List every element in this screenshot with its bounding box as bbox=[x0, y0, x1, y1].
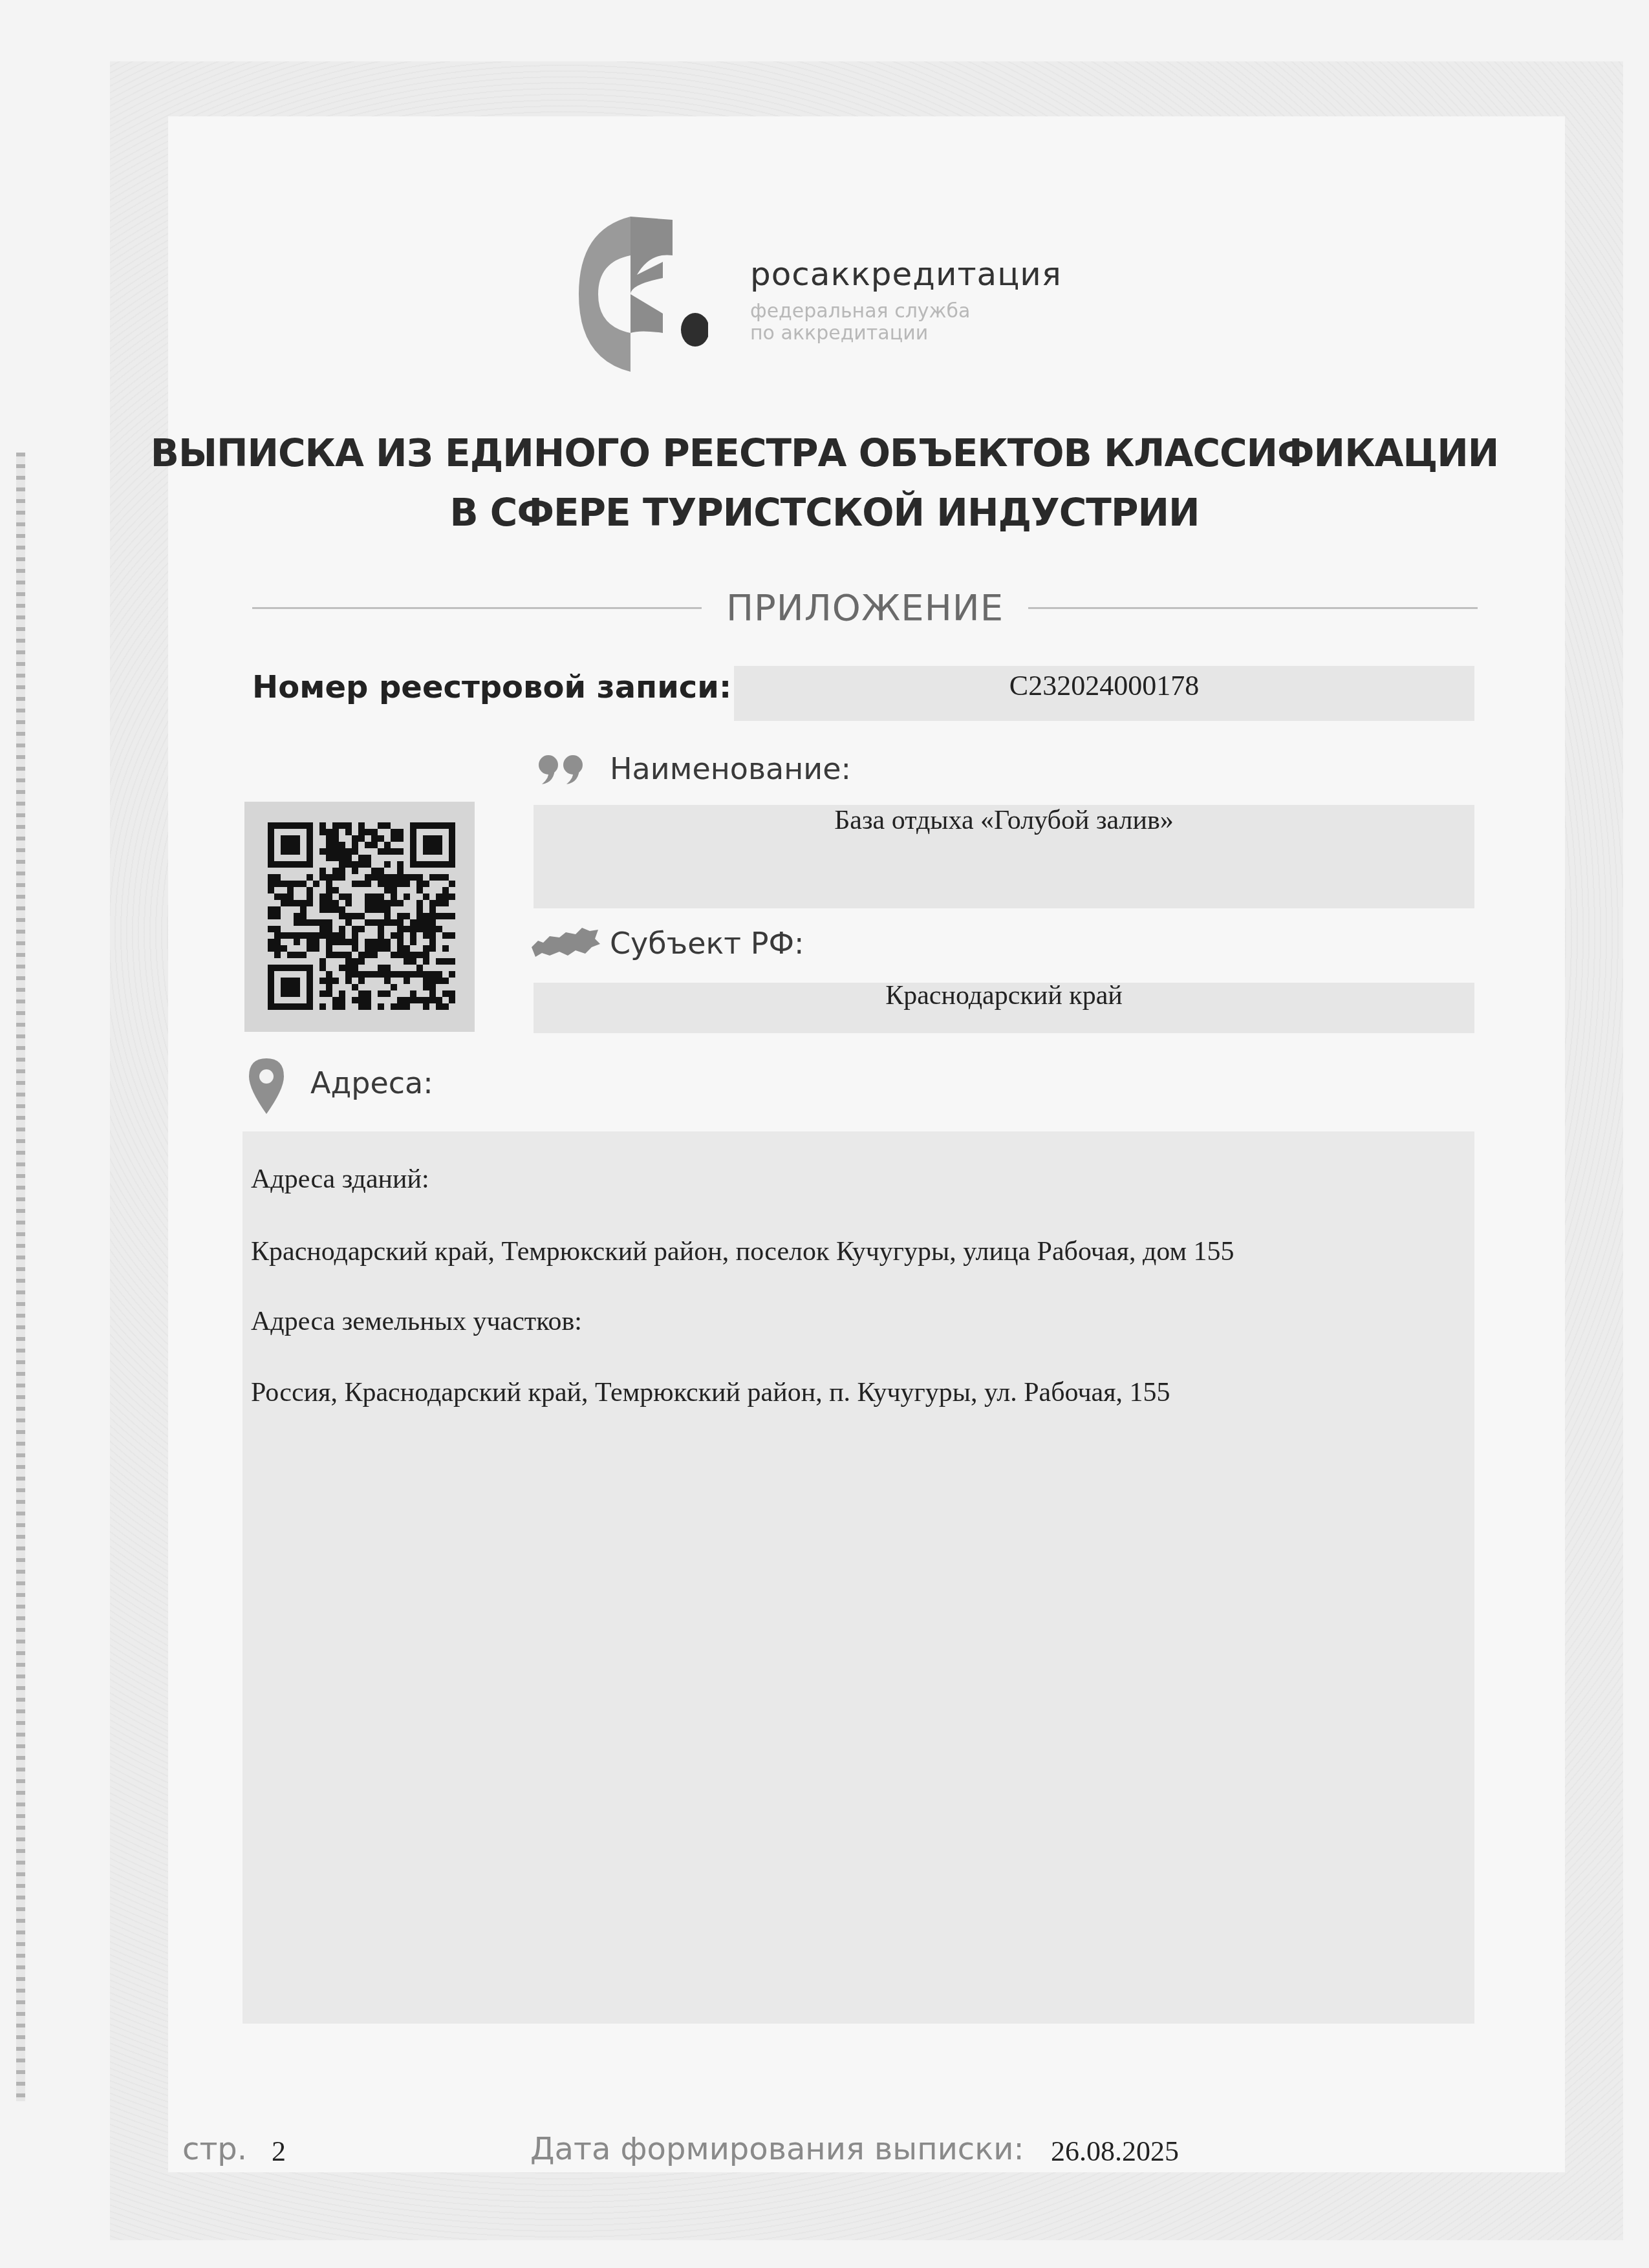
registry-number-label: Номер реестровой записи: bbox=[252, 669, 731, 705]
section-title: ПРИЛОЖЕНИЕ bbox=[702, 587, 1028, 629]
russia-map-icon bbox=[530, 925, 601, 960]
document-title: ВЫПИСКА ИЗ ЕДИНОГО РЕЕСТРА ОБЪЕКТОВ КЛАС… bbox=[0, 423, 1649, 542]
logo-subtitle-line1: федеральная служба bbox=[750, 301, 971, 323]
location-pin-icon bbox=[248, 1057, 285, 1115]
quote-icon bbox=[537, 753, 588, 786]
logo-subtitle: федеральная служба по аккредитации bbox=[750, 301, 971, 345]
qr-code bbox=[244, 802, 475, 1032]
divider-left bbox=[252, 607, 702, 609]
registry-number-value: C232024000178 bbox=[734, 669, 1474, 702]
rosaccreditation-logo-icon bbox=[579, 217, 708, 372]
date-value: 26.08.2025 bbox=[1051, 2135, 1179, 2168]
addresses-label: Адреса: bbox=[310, 1065, 433, 1100]
page-label: стр. bbox=[182, 2131, 247, 2167]
scan-edge-artifact bbox=[16, 453, 25, 2101]
subject-label: Субъект РФ: bbox=[610, 926, 804, 961]
divider-right bbox=[1028, 607, 1478, 609]
buildings-address: Краснодарский край, Темрюкский район, по… bbox=[251, 1236, 1234, 1267]
page-number: 2 bbox=[272, 2135, 286, 2168]
buildings-label: Адреса зданий: bbox=[251, 1164, 429, 1195]
qr-code-image bbox=[268, 822, 455, 1010]
logo-name: росаккредитация bbox=[750, 255, 1062, 293]
title-line-1: ВЫПИСКА ИЗ ЕДИНОГО РЕЕСТРА ОБЪЕКТОВ КЛАС… bbox=[0, 423, 1649, 483]
section-header: ПРИЛОЖЕНИЕ bbox=[252, 585, 1478, 630]
title-line-2: В СФЕРЕ ТУРИСТСКОЙ ИНДУСТРИИ bbox=[0, 483, 1649, 542]
date-label: Дата формирования выписки: bbox=[530, 2131, 1024, 2167]
subject-value: Краснодарский край bbox=[533, 980, 1474, 1011]
logo-subtitle-line2: по аккредитации bbox=[750, 323, 971, 345]
land-address: Россия, Краснодарский край, Темрюкский р… bbox=[251, 1377, 1170, 1408]
name-value: База отдыха «Голубой залив» bbox=[533, 805, 1474, 836]
name-label: Наименование: bbox=[610, 751, 851, 786]
land-label: Адреса земельных участков: bbox=[251, 1306, 582, 1337]
